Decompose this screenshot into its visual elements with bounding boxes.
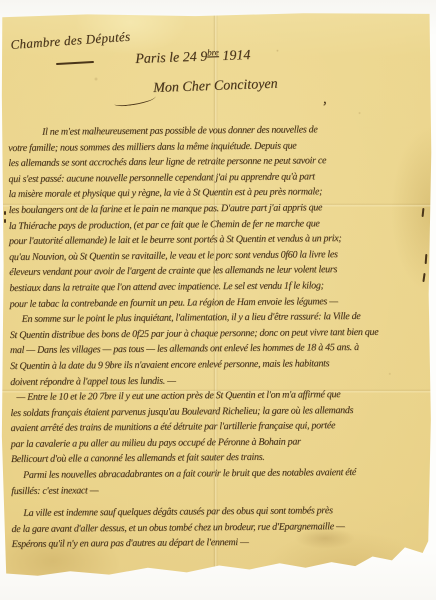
letterhead: Chambre des Députés bbox=[10, 29, 131, 53]
date-text: Paris le 24 9 bbox=[135, 49, 207, 67]
salutation: Mon Cher Concitoyen bbox=[153, 77, 278, 97]
date-year: 1914 bbox=[219, 48, 251, 64]
stray-ink-mark bbox=[4, 211, 6, 215]
letter-line: fusillés: c'est inexact — bbox=[11, 480, 434, 499]
dateline: Paris le 24 9bre 1914 bbox=[135, 46, 251, 68]
letter-line: Espérons qu'il n'y en aura pas d'autres … bbox=[12, 534, 435, 553]
scan-background: Chambre des Députés Paris le 24 9bre 191… bbox=[0, 0, 436, 600]
salutation-flourish bbox=[114, 93, 157, 107]
letter-paper: Chambre des Députés Paris le 24 9bre 191… bbox=[1, 11, 433, 578]
letterhead-underline bbox=[56, 61, 94, 65]
date-superscript: bre bbox=[207, 47, 219, 57]
letter-body: Il ne m'est malheureusement pas possible… bbox=[8, 121, 435, 553]
salutation-comma: , bbox=[323, 91, 327, 108]
